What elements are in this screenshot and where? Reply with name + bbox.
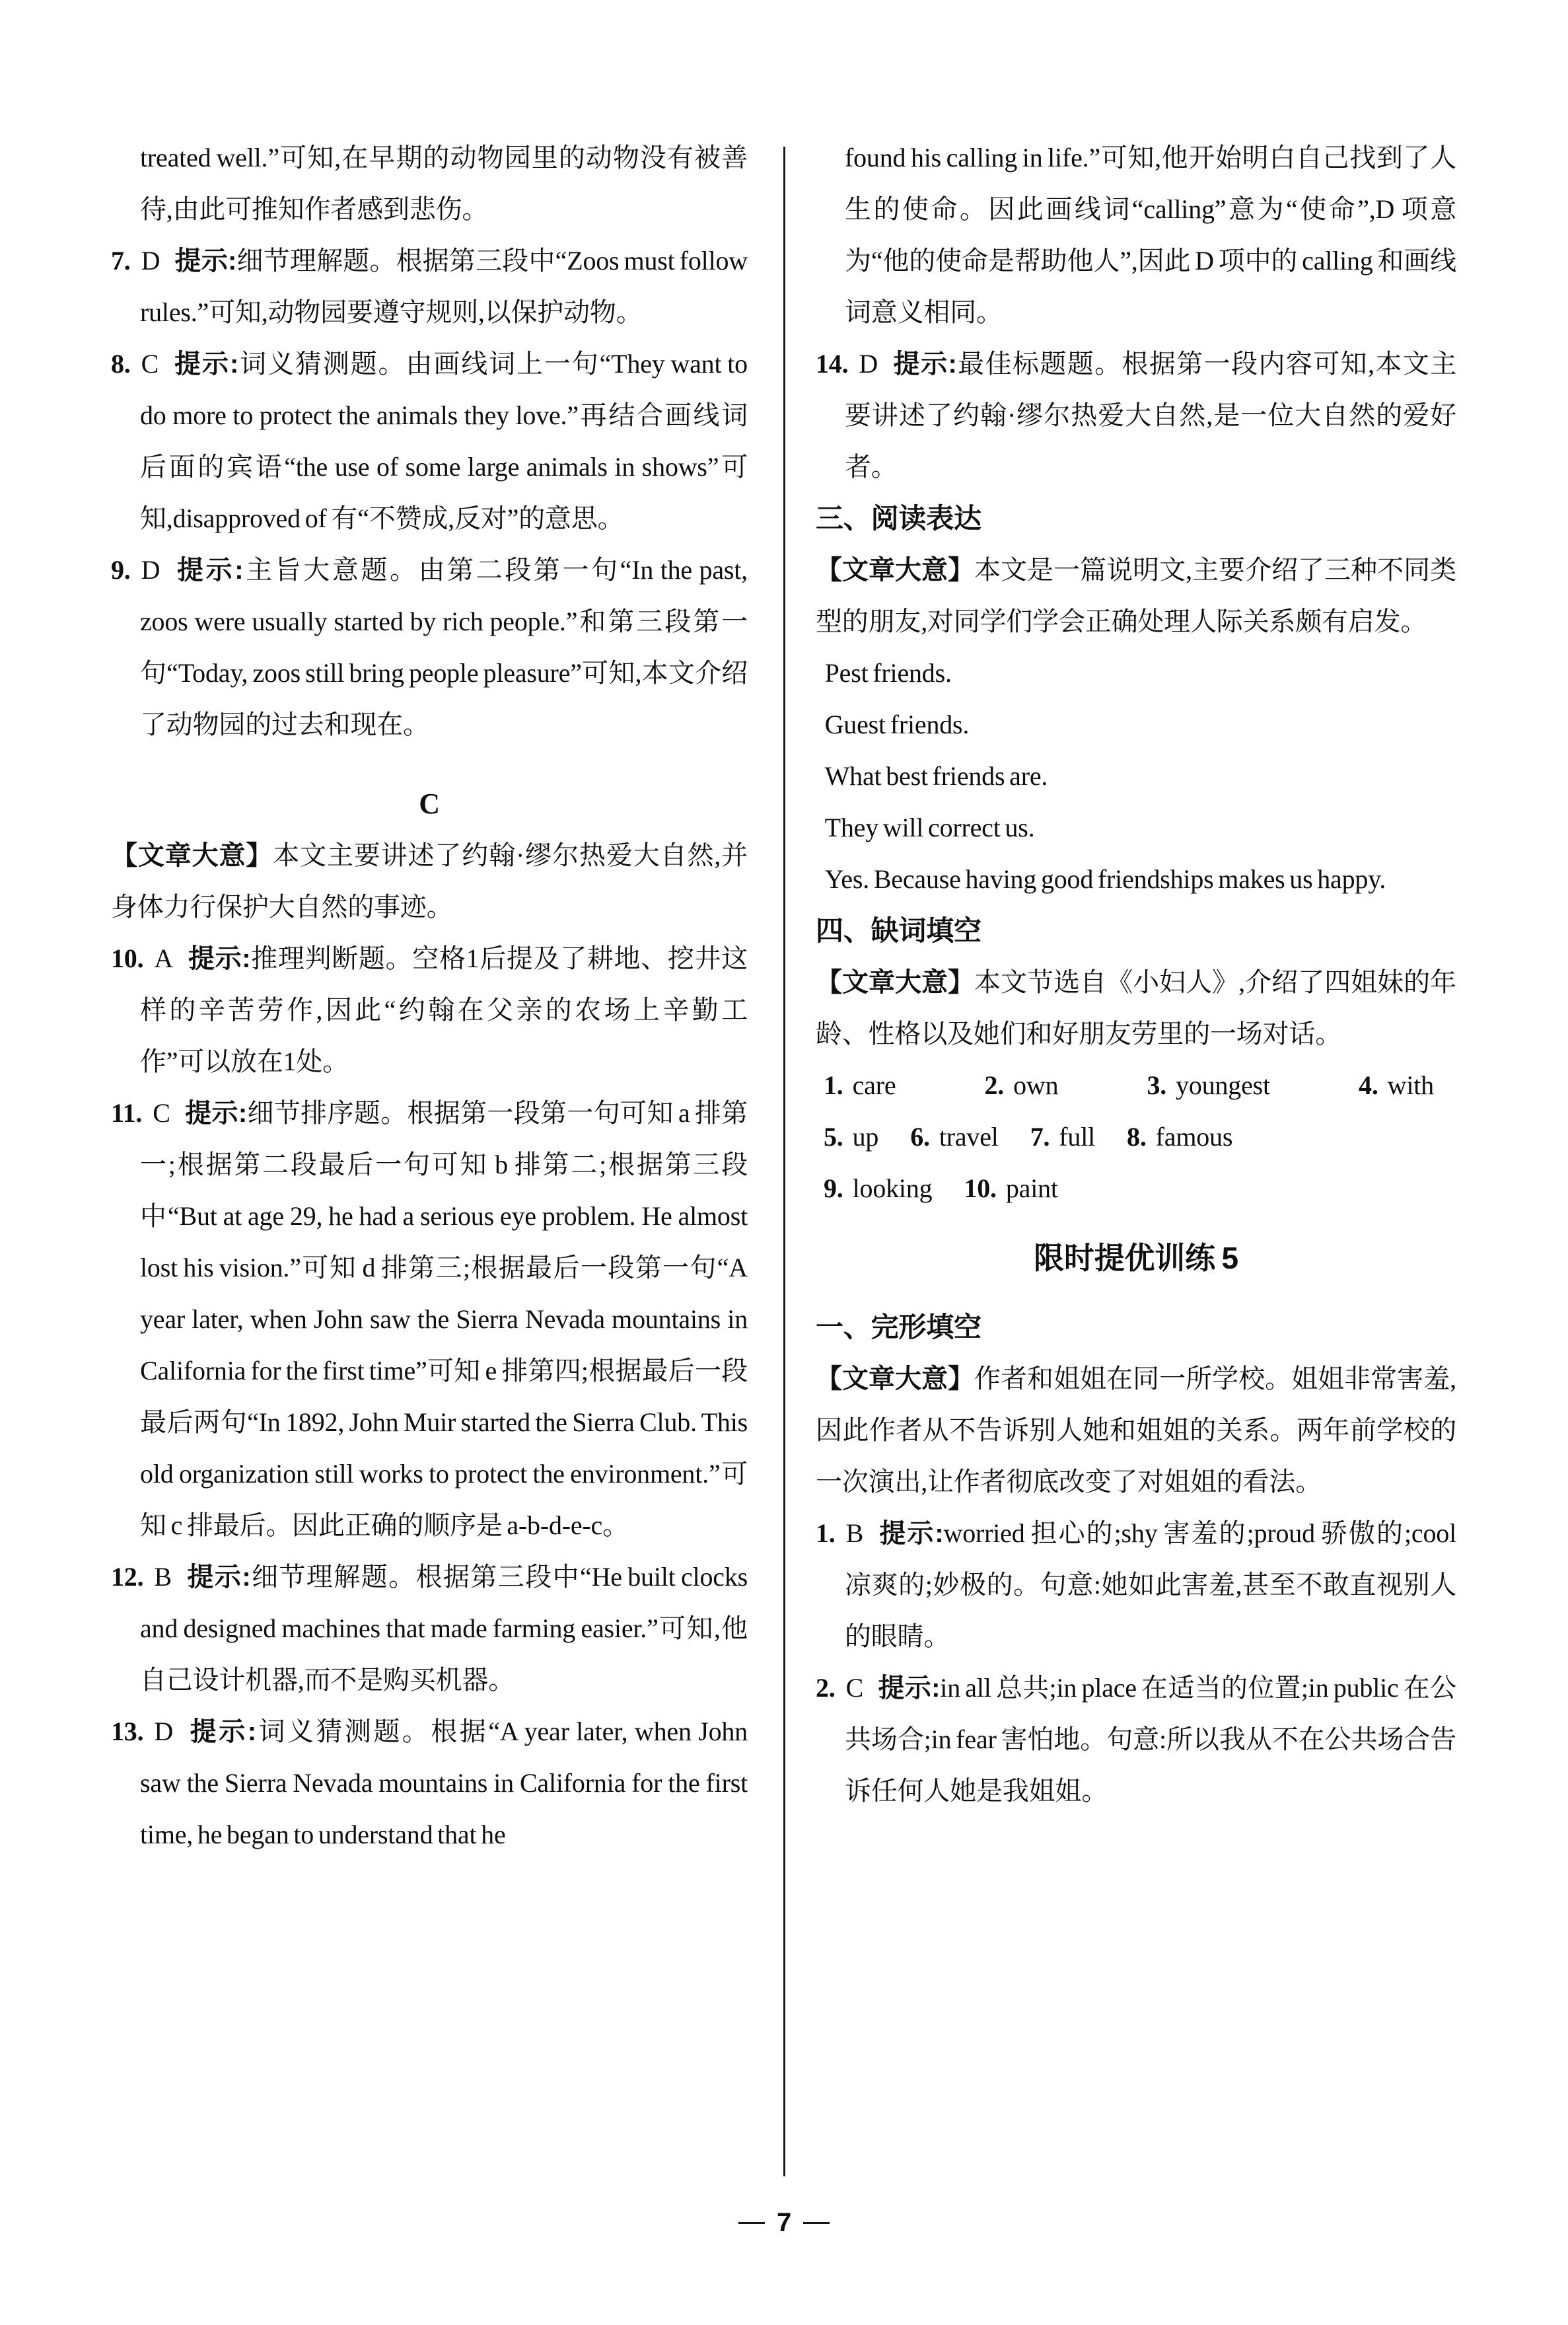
footer-dash-left <box>738 2222 765 2224</box>
item-number: 9. <box>111 555 131 585</box>
answer-item-12: 12.B提示:细节理解题。根据第三段中“He built clocks and … <box>111 1551 748 1706</box>
answer-text: What best friends are. <box>825 761 1048 791</box>
word-fill-answers-line-1: 1.care 2.own 3.youngest 4.with <box>816 1060 1456 1111</box>
answer-item-7: 7.D提示:细节理解题。根据第三段中“Zoos must follow rule… <box>111 235 748 338</box>
tip-label: 提示: <box>186 1563 251 1592</box>
item-number: 14. <box>816 349 848 379</box>
page-footer: 7 <box>0 2196 1568 2249</box>
answer-word: looking <box>853 1173 933 1203</box>
answer-letter: B <box>846 1518 863 1548</box>
answer-item-14: 14.D提示:最佳标题题。根据第一段内容可知,本文主要讲述了约翰·缪尔热爱大自然… <box>816 338 1456 493</box>
answer-letter: A <box>154 943 173 973</box>
answer-letter: D <box>154 1716 173 1746</box>
cloze-answer-2: 2.C提示:in all 总共;in place 在适当的位置;in publi… <box>816 1662 1456 1817</box>
item-number: 8. <box>1127 1122 1147 1152</box>
answer-letter: D <box>141 246 160 276</box>
word-fill-answer-6: 6.travel <box>910 1122 998 1152</box>
answer-word: paint <box>1006 1173 1058 1203</box>
answer-item-11: 11.C提示:细节排序题。根据第一段第一句可知 a 排第一;根据第二段最后一句可… <box>111 1088 748 1551</box>
word-fill-answer-9: 9.looking <box>824 1173 932 1203</box>
answer-item-13: 13.D提示:词义猜测题。根据“A year later, when John … <box>111 1706 748 1861</box>
item-number: 12. <box>111 1562 143 1592</box>
item-number: 6. <box>910 1122 930 1152</box>
reading-answer-2: 2.Guest friends. <box>816 699 1456 751</box>
section-header-word-fill: 四、缺词填空 <box>816 905 1456 957</box>
cloze-summary: 【文章大意】作者和姐姐在同一所学校。姐姐非常害羞,因此作者从不告诉别人她和姐姐的… <box>816 1353 1456 1508</box>
reading-answer-1: 1.Pest friends. <box>816 647 1456 699</box>
word-fill-answer-5: 5.up <box>824 1122 878 1152</box>
answer-text: They will correct us. <box>825 813 1035 842</box>
answer-letter: D <box>859 349 878 379</box>
page-number: 7 <box>777 2196 791 2249</box>
word-fill-answer-4: 4.with <box>1359 1060 1434 1111</box>
cloze-answer-1: 1.B提示:worried 担心的;shy 害羞的;proud 骄傲的;cool… <box>816 1508 1456 1662</box>
item-number: 2. <box>816 1673 836 1703</box>
tip-label: 提示: <box>878 1519 943 1548</box>
tip-label: 提示: <box>174 556 243 585</box>
word-fill-answer-2: 2.own <box>985 1060 1059 1111</box>
answer-word: full <box>1059 1122 1095 1152</box>
word-fill-answers-line-3: 9.looking10.paint <box>816 1163 1456 1214</box>
answer-letter: B <box>154 1562 171 1592</box>
item-number: 7. <box>111 246 131 276</box>
passage-summary-label: 【文章大意】 <box>816 968 974 997</box>
answer-text: Pest friends. <box>825 658 952 688</box>
answer-letter: C <box>141 349 159 379</box>
explanation-text: 细节排序题。根据第一段第一句可知 a 排第一;根据第二段最后一句可知 b 排第二… <box>140 1098 748 1540</box>
item-number: 8. <box>111 349 131 379</box>
section-header-reading-expression: 三、阅读表达 <box>816 493 1456 544</box>
answer-key-page: treated well.”可知,在早期的动物园里的动物没有被善待,由此可推知作… <box>0 0 1568 2325</box>
footer-dash-right <box>803 2222 830 2224</box>
tip-label: 提示: <box>892 350 957 379</box>
tip-label: 提示: <box>188 944 250 973</box>
reading-summary: 【文章大意】本文是一篇说明文,主要介绍了三种不同类型的朋友,对同学们学会正确处理… <box>816 544 1456 647</box>
answer-letter: C <box>153 1098 170 1128</box>
item-number: 5. <box>824 1122 843 1152</box>
answer-letter: C <box>846 1673 863 1703</box>
continued-explanation-item-13: found his calling in life.”可知,他开始明白自己找到了… <box>816 132 1456 338</box>
item-number: 1. <box>816 1518 836 1548</box>
answer-word: own <box>1013 1070 1058 1100</box>
word-fill-answer-3: 3.youngest <box>1147 1060 1270 1111</box>
tip-label: 提示: <box>185 1099 247 1128</box>
right-column: found his calling in life.”可知,他开始明白自己找到了… <box>816 132 1456 2187</box>
answer-word: travel <box>939 1122 999 1152</box>
item-number: 10. <box>111 943 143 973</box>
item-number: 10. <box>964 1173 996 1203</box>
left-column: treated well.”可知,在早期的动物园里的动物没有被善待,由此可推知作… <box>111 132 748 2187</box>
word-fill-summary: 【文章大意】本文节选自《小妇人》,介绍了四姐妹的年龄、性格以及她们和好朋友劳里的… <box>816 957 1456 1060</box>
answer-item-8: 8.C提示:词义猜测题。由画线词上一句“They want to do more… <box>111 338 748 544</box>
section-header-cloze: 一、完形填空 <box>816 1302 1456 1353</box>
item-number: 4. <box>1359 1070 1378 1100</box>
passage-summary-label: 【文章大意】 <box>816 1364 974 1393</box>
answer-text: Guest friends. <box>825 710 970 739</box>
item-number: 11. <box>111 1098 142 1128</box>
tip-label: 提示: <box>878 1674 940 1703</box>
passage-c-summary: 【文章大意】本文主要讲述了约翰·缪尔热爱大自然,并身体力行保护大自然的事迹。 <box>111 830 748 933</box>
word-fill-answer-8: 8.famous <box>1127 1122 1232 1152</box>
training-set-5-header: 限时提优训练 5 <box>816 1232 1456 1284</box>
tip-label: 提示: <box>188 1717 256 1746</box>
answer-item-10: 10.A提示:推理判断题。空格1后提及了耕地、挖井这样的辛苦劳作,因此“约翰在父… <box>111 933 748 1088</box>
item-number: 1. <box>824 1070 843 1100</box>
answer-word: famous <box>1156 1122 1233 1152</box>
reading-answer-3: 3.What best friends are. <box>816 751 1456 802</box>
answer-word: care <box>853 1070 896 1100</box>
reading-answer-5: 5.Yes. Because having good friendships m… <box>816 854 1456 905</box>
answer-word: youngest <box>1176 1070 1270 1100</box>
passage-c-header: C <box>111 778 748 830</box>
word-fill-answer-10: 10.paint <box>964 1173 1057 1203</box>
passage-summary-label: 【文章大意】 <box>816 556 974 585</box>
word-fill-answers-line-2: 5.up6.travel7.full8.famous <box>816 1111 1456 1163</box>
tip-label: 提示: <box>174 246 236 276</box>
continued-explanation-item-6: treated well.”可知,在早期的动物园里的动物没有被善待,由此可推知作… <box>111 132 748 235</box>
column-divider-rule <box>783 147 785 2176</box>
item-number: 7. <box>1030 1122 1050 1152</box>
word-fill-answer-1: 1.care <box>824 1060 896 1111</box>
answer-letter: D <box>141 555 160 585</box>
item-number: 13. <box>111 1716 143 1746</box>
answer-item-9: 9.D提示:主旨大意题。由第二段第一句“In the past, zoos we… <box>111 544 748 751</box>
item-number: 9. <box>824 1173 843 1203</box>
item-number: 2. <box>985 1070 1005 1100</box>
answer-text: Yes. Because having good friendships mak… <box>825 864 1386 894</box>
tip-label: 提示: <box>173 350 238 379</box>
answer-word: with <box>1388 1070 1434 1100</box>
word-fill-answer-7: 7.full <box>1030 1122 1095 1152</box>
answer-word: up <box>853 1122 879 1152</box>
passage-summary-label: 【文章大意】 <box>111 841 273 870</box>
reading-answer-4: 4.They will correct us. <box>816 802 1456 854</box>
item-number: 3. <box>1147 1070 1167 1100</box>
